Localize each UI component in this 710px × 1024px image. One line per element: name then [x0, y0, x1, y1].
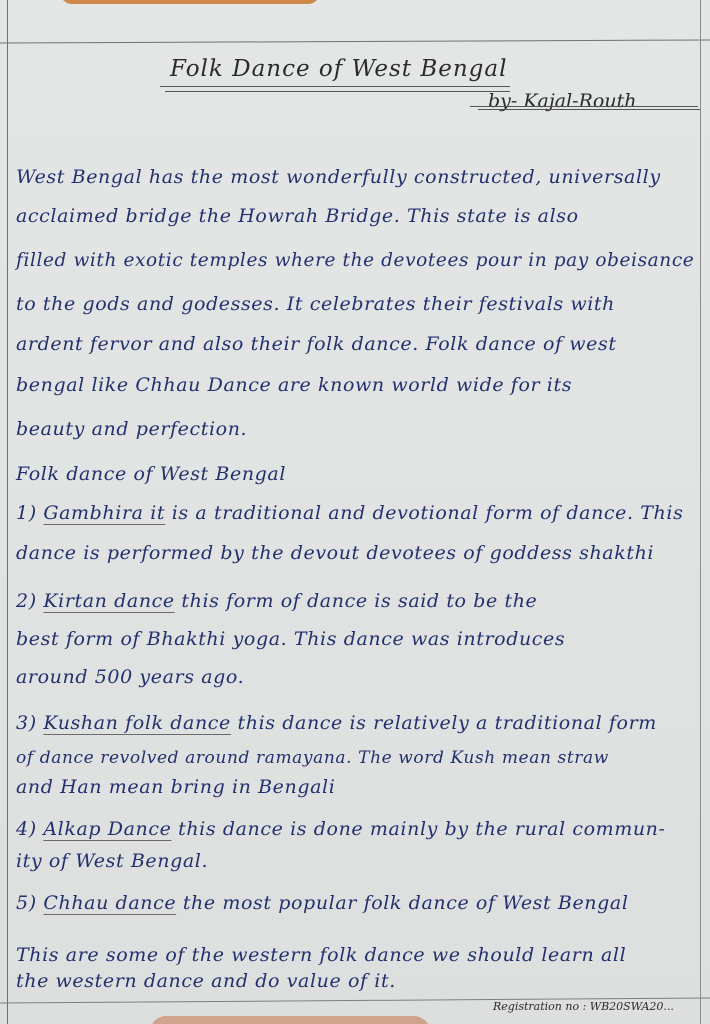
- registration-number: Registration no : WB20SWA20...: [493, 1000, 674, 1013]
- title-underline: [160, 86, 510, 87]
- item-number: 4): [16, 818, 37, 840]
- item-text: best form of Bhakthi yoga. This dance wa…: [16, 628, 565, 650]
- top-rule-line: [0, 39, 710, 43]
- intro-line: West Bengal has the most wonderfully con…: [16, 166, 661, 188]
- intro-line: beauty and perfection.: [16, 418, 247, 440]
- right-margin-line: [700, 0, 701, 1024]
- item-text: of dance revolved around ramayana. The w…: [16, 748, 609, 768]
- list-item: 5) Chhau dance the most popular folk dan…: [16, 892, 629, 914]
- list-item: 1) Gambhira it is a traditional and devo…: [16, 502, 683, 524]
- list-item: 4) Alkap Dance this dance is done mainly…: [16, 818, 666, 840]
- item-name: Alkap Dance: [43, 818, 171, 840]
- item-name: Kushan folk dance: [43, 712, 231, 734]
- item-name: Gambhira it: [43, 502, 165, 524]
- intro-line: filled with exotic temples where the dev…: [16, 250, 694, 271]
- author-underline: [470, 106, 698, 107]
- item-text: this dance is relatively a traditional f…: [238, 712, 657, 734]
- item-number: 5): [16, 892, 37, 914]
- item-text: this form of dance is said to be the: [181, 590, 537, 612]
- notebook-page: Folk Dance of West Bengal by- Kajal-Rout…: [0, 0, 710, 1024]
- intro-line: ardent fervor and also their folk dance.…: [16, 333, 617, 355]
- item-text: and Han mean bring in Bengali: [16, 776, 335, 798]
- page-title: Folk Dance of West Bengal: [170, 56, 507, 82]
- item-name: Kirtan dance: [43, 590, 174, 612]
- background-object-top: [60, 0, 320, 4]
- list-item: 3) Kushan folk dance this dance is relat…: [16, 712, 657, 734]
- background-object-bottom: [150, 1016, 430, 1024]
- item-number: 1): [16, 502, 37, 524]
- author-underline: [478, 109, 700, 110]
- list-item: 2) Kirtan dance this form of dance is sa…: [16, 590, 537, 612]
- intro-line: acclaimed bridge the Howrah Bridge. This…: [16, 205, 579, 227]
- conclusion-line: This are some of the western folk dance …: [16, 944, 626, 966]
- item-text: is a traditional and devotional form of …: [172, 502, 684, 524]
- title-underline: [165, 91, 510, 92]
- item-name: Chhau dance: [43, 892, 176, 914]
- item-text: ity of West Bengal.: [16, 850, 208, 872]
- intro-line: bengal like Chhau Dance are known world …: [16, 374, 572, 396]
- intro-line: to the gods and godesses. It celebrates …: [16, 293, 615, 315]
- left-margin-line: [7, 0, 8, 1024]
- conclusion-line: the western dance and do value of it.: [16, 970, 396, 992]
- item-number: 3): [16, 712, 37, 734]
- item-number: 2): [16, 590, 37, 612]
- item-text: this dance is done mainly by the rural c…: [178, 818, 665, 840]
- section-heading: Folk dance of West Bengal: [16, 463, 286, 485]
- item-text: dance is performed by the devout devotee…: [16, 542, 654, 564]
- item-text: around 500 years ago.: [16, 666, 244, 688]
- item-text: the most popular folk dance of West Beng…: [183, 892, 629, 914]
